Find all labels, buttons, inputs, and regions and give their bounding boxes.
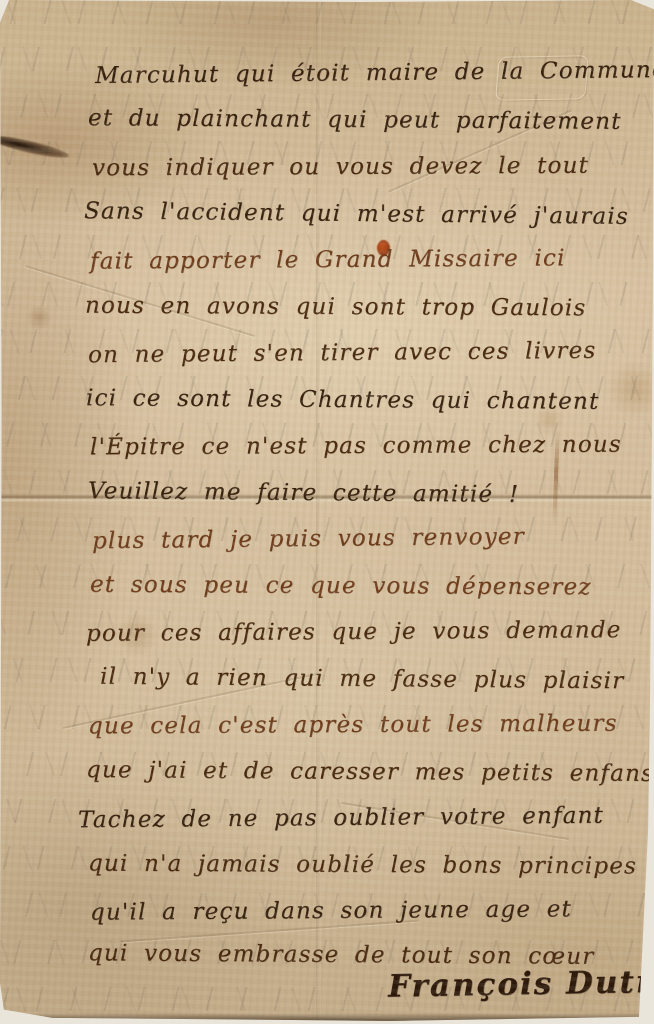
letter-line: on ne peut s'en tirer avec ces livres [88,334,597,372]
letter-line: Tachez de ne pas oublier votre enfant [78,799,604,838]
letter-line: que j'ai et de caresser mes petits enfan… [86,753,654,791]
letter-line: nous en avons qui sont trop Gaulois [85,289,587,326]
scanned-letter: Marcuhut qui étoit maire de la Commune e… [0,0,654,1024]
letter-paper: Marcuhut qui étoit maire de la Commune e… [0,0,654,1024]
letter-line: plus tard je puis vous renvoyer [92,520,525,559]
letter-line: vous indiquer ou vous devez le tout [92,149,589,186]
letter-body: Marcuhut qui étoit maire de la Commune e… [0,0,654,1024]
paper-bottom-shadow [0,1013,654,1024]
letter-line: Sans l'accident qui m'est arrivé j'aurai… [84,194,629,234]
letter-line: et sous peu ce que vous dépenserez [90,568,592,605]
letter-line: Marcuhut qui étoit maire de la Commune [95,53,654,93]
letter-line: pour ces affaires que je vous demande [86,613,622,651]
letter-line: fait apporter le Grand Missaire ici [90,241,566,278]
letter-line: Veuillez me faire cette amitié ! [88,474,519,512]
letter-line: qu'il a reçu dans son jeune age et [90,892,572,929]
signature: François Dutriv [388,963,654,1004]
letter-line: ici ce sont les Chantres qui chantent [86,381,600,419]
letter-line: et du plainchant qui peut parfaitement [88,101,622,139]
letter-line: l'Épitre ce n'est pas comme chez nous [90,428,622,465]
letter-line: il n'y a rien qui me fasse plus plaisir [100,660,625,699]
letter-line: que cela c'est après tout les malheurs [88,707,618,744]
letter-line: qui n'a jamais oublié les bons principes [88,847,637,884]
